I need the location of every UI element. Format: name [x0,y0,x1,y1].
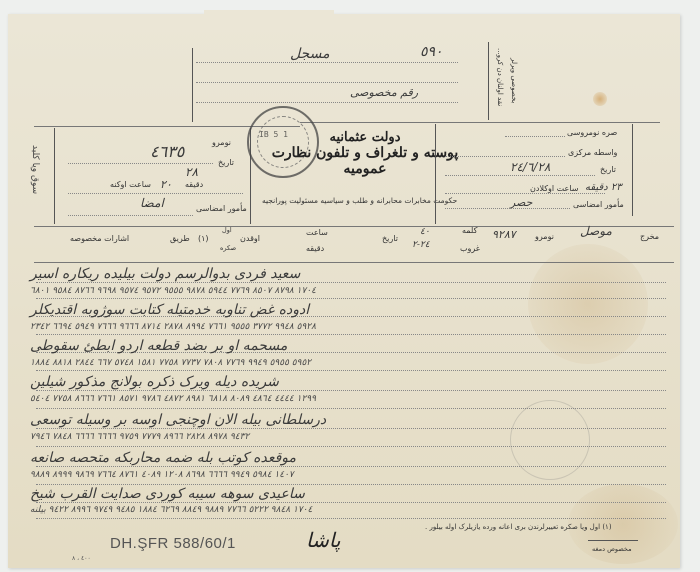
word-count-label: کلمه [462,226,477,235]
right-label-serial: صره نومروسی [567,128,617,137]
body-numbers-line-2: ٥٩٢٨ ٩٩٤٨ ٣٧٧٢ ٩٥٥٥ ٧٦٦١ ٨٩٩٤ ٢٨٧٨ ٨٧١٤ … [30,322,316,332]
body-numbers-line-3: ٥٩٥٢ ٥٩٥٥ ٩٩٤٩ ٧٧٦٩ ٧٨٠٨ ٧٧٣٧ ٧٧٥٨ ١٥٨١ … [30,358,311,368]
number-value: ٩٢٨٧ [492,228,516,241]
official-signature-line [588,540,638,541]
minute-label: دقیقه [306,244,324,253]
ruled-line [36,502,666,503]
top-line-2 [196,82,458,83]
left-line-date [68,163,213,164]
top-right-divider [488,42,489,120]
right-label-time: ساعت اوکلادن [530,184,578,193]
right-line-serial [505,136,565,137]
top-hand-registered: مسجل [290,46,330,62]
left-line-officer [68,215,193,216]
paper-tab [204,10,334,16]
right-box-divider [435,124,436,224]
sunset-label: غروب [460,244,480,253]
ruled-line [36,334,666,335]
hour-label: ساعت [306,228,328,237]
body-numbers-line-4: ١٢٩٩ ٤٤٤٤ ٤٨٦٤ ٨٠٨٩ ٦٨١٨ ٨٩٨١ ٤٨٧٢ ٩٧٨٦ … [30,394,316,404]
top-right-label-1: نقد اولنان دن کرو... [496,48,504,106]
sender-signature: پاشا [306,528,341,552]
body-numbers-line-1: ١٧٠٤ ٨٧٩٨ ٨٥٠٧ ٧٧٦٩ ٥٩٤٤ ٩٨٧٨ ٩٥٥٥ ٩٥٧٢ … [30,286,316,296]
top-hand-number: ٥٩٠ [420,44,443,60]
remarks-label: اشارات مخصوصه [70,234,129,243]
faint-stamp-mark [510,400,590,480]
emblem-subtitle: حکومت مخابرات محابرانه و طلب و سیاسیه مس… [262,196,457,205]
ruled-line [36,390,666,391]
body-numbers-line-6: ١٤٠٧ ٥٩٨٤ ٩٩٤٩ ٦٦٦٦ ٨٦٩٨ ١٢٠٨ ٤٠٨٩ ٨٧٦١ … [30,470,294,480]
ruled-line [36,298,666,299]
ruled-line [36,484,666,485]
header-row-top-line [34,226,674,227]
footnote-marker: (١) [198,234,209,243]
top-line-1 [196,62,458,63]
left-hand-officer: امضا [140,196,164,210]
date-label: تاریخ [382,234,398,243]
afterward-label: صکره [220,244,236,252]
right-box-edge [632,124,633,216]
origin-label: مخرج [640,232,659,241]
footnote-text: (١) اول ویا صکره تعییرلرندن بری اعانه ور… [425,523,612,531]
date-value: ٢٤-٢ [412,240,430,250]
emblem-line-1: دولت عثمانیه [270,130,460,145]
ottoman-emblem-header: دولت عثمانیه پوسته و تلغراف و تلفون نظار… [270,130,460,180]
left-label-number: نومرو [212,138,231,147]
route-label: طریق [170,234,190,243]
top-divider [192,48,193,122]
right-line-date [445,175,595,176]
left-hand-date: ٢٨ [185,165,198,179]
right-label-via: واسطه مرکزی [568,148,617,157]
header-top-line-right [300,122,660,123]
right-hand-date: ٢٤/٦/٢٨ [510,160,550,174]
body-words-line-6: موقعده کوتب بله ضمه محاربکه متحصه صانعه [30,450,296,466]
left-hand-minute: ٢٠ [160,178,172,191]
body-numbers-line-5: ٩٤٣٢ ٨٩٧٨ ٢٨٢٨ ٨٩٦٦ ٧٧٧٩ ٩٧٥٩ ٦٦٦٦ ٦٦٦٦ … [30,432,249,442]
archive-reference: DH.ŞFR 588/60/1 [110,535,236,552]
right-hand-minute: ٢٣ دقیقه [585,182,622,193]
first-label: اول [222,226,232,234]
ruled-line [36,282,666,283]
body-words-line-1: سعید فردی بدوالرسم دولت بیلیده ریکاره اس… [30,266,300,282]
word-count-value: ٤٠ [420,227,430,237]
left-label-officer: مأمور امضاسی [196,204,247,213]
body-words-line-2: ادوده غض تناوبه خدمتیله کتابت سوژوبه اقت… [30,302,309,318]
top-right-label-2: بخصوصی ویرلر [510,58,518,103]
body-words-line-4: شریده دیله ویرک ذکره بولانج مذکور شیلین [30,374,279,390]
ruled-line [36,518,666,519]
emblem-line-2: پوسته و تلغراف و تلفون نظارت عمومیه [270,145,460,177]
vertical-label: سوق ویا کلید [30,145,40,194]
number-label: نومرو [535,232,554,241]
origin-value: موصل [580,224,612,238]
top-hand-special: رقم مخصوصی [350,86,418,99]
left-label-time: ساعت اوکنه [110,180,151,189]
right-line-via [445,156,565,157]
header-row-bottom-line [34,262,674,263]
right-line-time [445,193,605,194]
left-line-time [68,193,243,194]
body-numbers-line-7: ١٧٠٤ ٩٨٤٨ ٥٢٢٢ ٧٧٦٦ ٩٨٨٩ ٨٨٤٩ ٦٢٦٩ ١٨٨٤ … [30,505,312,515]
right-label-date: تاریخ [600,165,616,174]
body-words-line-3: مسحمه او بر بضد قطعه اردو ابطئ سقوطی [30,338,287,354]
left-box-edge [54,128,55,224]
body-words-line-5: درسلطانی بیله الان اوچنجی اوسه بر وسیله … [30,412,326,428]
left-hand-number: ٤٦٣٥ [150,142,184,161]
ruled-line [36,370,666,371]
left-label-minute: دقیقه [185,180,203,189]
right-label-officer: مأمور امضاسی [573,200,624,209]
left-label-date: تاریخ [218,158,234,167]
rust-spot [593,92,607,106]
received-label: اوقدن [240,234,260,243]
top-line-3 [196,102,458,103]
official-stamp-label: مخصوص دمغه [592,545,632,553]
body-words-line-7: ساعیدی سوهه سیبه کوردی صدایت القرب شیخ [30,486,305,502]
page-mark: ٤٠٠ ، ٨ [72,555,91,562]
right-line-officer [445,208,570,209]
